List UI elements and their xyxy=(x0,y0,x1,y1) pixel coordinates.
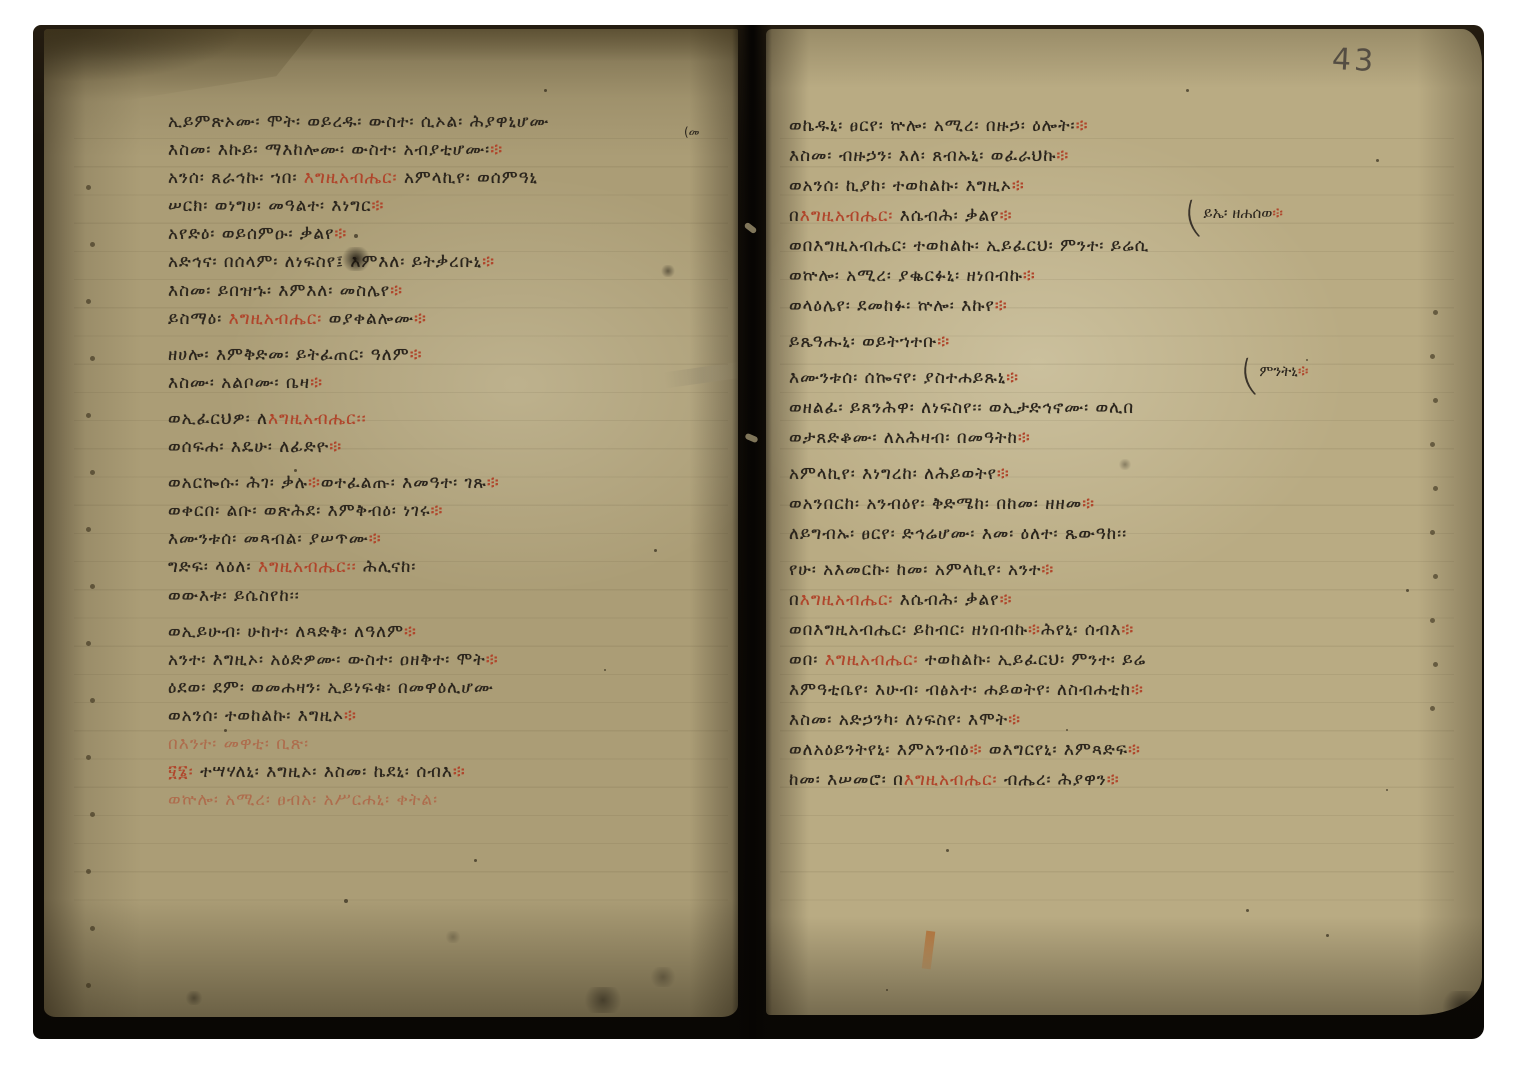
black-ink-text: በ xyxy=(789,590,800,610)
pricking-hole xyxy=(90,242,95,247)
binding-stitch xyxy=(744,433,758,444)
red-ink-text: እግዚአብሔር፡ xyxy=(800,206,894,226)
ink-speck xyxy=(946,849,949,852)
folio-number: 43 xyxy=(1331,42,1377,79)
black-ink-text: አንተ፡ እግዚኦ፡ አዕድዎሙ፡ ውስተ፡ ዐዘቅተ፡ ሞት xyxy=(168,650,486,670)
red-ink-text: ፨ xyxy=(937,332,950,352)
red-ink-text: ፨ xyxy=(431,501,444,521)
manuscript-line: አንተ፡ እግዚኦ፡ አዕድዎሙ፡ ውስተ፡ ዐዘቅተ፡ ሞት፨ xyxy=(168,650,549,678)
red-ink-text: ፨ xyxy=(1076,116,1089,136)
red-ink-text: ፨ xyxy=(1272,204,1283,222)
manuscript-line: ዘሀሎ፡ እምቅድመ፡ ይትፈጠር፡ ዓለም፨ xyxy=(168,345,549,373)
binding-stitch xyxy=(744,222,758,235)
black-ink-text: ምንትኒ xyxy=(1259,362,1297,380)
black-ink-text: ግድፍ፡ ላዕለ፡ xyxy=(168,557,258,577)
ink-speck xyxy=(1376,159,1379,162)
stain xyxy=(648,967,678,987)
stain xyxy=(444,931,462,943)
ink-speck xyxy=(604,669,606,671)
manuscript-line: እሙንቱሰ፡ ሰኰናየ፡ ያስተሐይጹኒ፨ xyxy=(789,368,1149,398)
red-ink-text: ፨ xyxy=(1056,146,1069,166)
ink-speck xyxy=(354,234,358,238)
ink-speck xyxy=(1246,909,1249,912)
black-ink-text: ወአንበርከ፡ አንብዕየ፡ ቅድሜከ፡ በከመ፡ ዘዘመ xyxy=(789,494,1082,514)
black-ink-text: ወኬዱኒ፡ ፀርየ፡ ኵሎ፡ አሚረ፡ በዙኃ፡ ዕሎት፡ xyxy=(789,116,1076,136)
red-ink-text: ፨ xyxy=(995,296,1008,316)
red-ink-text: ፨ xyxy=(344,706,357,726)
black-ink-text: አንሰ፡ ጸራኅኩ፡ ኀበ፡ xyxy=(168,168,304,188)
pricking-hole xyxy=(1430,442,1435,447)
black-ink-text: ተሣሃለኒ፡ እግዚኦ፡ እስመ፡ ኬደኒ፡ ሰብእ xyxy=(200,762,453,782)
red-ink-text: ፨ xyxy=(390,281,403,301)
manuscript-line: በእግዚአብሔር፡ እሴብሕ፡ ቃልየ፨ xyxy=(789,206,1149,236)
stain xyxy=(580,987,626,1013)
pricking-hole xyxy=(1433,662,1438,667)
black-ink-text: ወበእግዚአብሔር፡ ተወከልኩ፡ ኢይፈርህ፡ ምንተ፡ ይሬሲ xyxy=(789,236,1149,256)
red-ink-text: ፨ xyxy=(372,196,385,216)
black-ink-text: በ xyxy=(789,206,800,226)
red-ink-text: ፨ xyxy=(414,309,427,329)
ink-speck xyxy=(1406,589,1409,592)
manuscript-line: ወአንሰ፡ ኪያከ፡ ተወከልኩ፡ እግዚኦ፨ xyxy=(789,176,1149,206)
manuscript-line: ለይግብኡ፡ ፀርየ፡ ድኅሬሆሙ፡ እመ፡ ዕለተ፡ ጼውዓከ፡፡ xyxy=(789,524,1149,554)
manuscript-line: ወአርኰሱ፡ ሕገ፡ ቃሉ፨ወተፈልጡ፡ እመዓተ፡ ገጹ፨ xyxy=(168,473,549,501)
manuscript-line: ወአንበርከ፡ አንብዕየ፡ ቅድሜከ፡ በከመ፡ ዘዘመ፨ xyxy=(789,494,1149,524)
black-ink-text: ተወከልኩ፡ ኢይፈርህ፡ ምንተ፡ ይሬ xyxy=(918,650,1146,670)
manuscript-line: ወበእግዚአብሔር፡ ይከብር፡ ዘነበብኩ፨ሕየኒ፡ ሰብእ፨ xyxy=(789,620,1149,650)
red-ink-text: ፨ xyxy=(487,473,500,493)
pricking-hole xyxy=(90,470,95,475)
pricking-hole xyxy=(1430,618,1435,623)
ink-speck xyxy=(544,89,547,92)
red-ink-text: ፨ xyxy=(334,224,347,244)
manuscript-line: ወውእቱ፡ ይሴስየከ፡፡ xyxy=(168,586,549,614)
black-ink-text: ለይግብኡ፡ ፀርየ፡ ድኅሬሆሙ፡ እመ፡ ዕለተ፡ ጼውዓከ፡፡ xyxy=(789,524,1127,544)
manuscript-line: እስመ፡ አድኃንካ፡ ለነፍስየ፡ እሞት፨ xyxy=(789,710,1149,740)
manuscript-line: ሠርክ፡ ወነግሀ፡ መዓልተ፡ እነግር፨ xyxy=(168,196,549,224)
red-ink-text: ፨ xyxy=(329,437,342,457)
manuscript-line: ይስማዕ፡ እግዚአብሔር፡ ወያቀልሎሙ፨ xyxy=(168,309,549,337)
manuscript-line: ፶፮፡ ተሣሃለኒ፡ እግዚኦ፡ እስመ፡ ኬደኒ፡ ሰብእ፨ xyxy=(168,762,549,790)
black-ink-text: ወላዕሌየ፡ ደመከፉ፡ ኵሎ፡ እኩየ xyxy=(789,296,995,316)
faded-red-ink-text: በእንተ፡ መዋቲ፡ ቢጽ፡ xyxy=(168,734,309,754)
manuscript-line: እሙንቱሰ፡ መጻብል፡ ያሠጥሙ፨ xyxy=(168,529,549,557)
black-ink-text: ወያቀልሎሙ xyxy=(322,309,414,329)
pricking-hole xyxy=(86,413,91,418)
red-ink-text: ፨ xyxy=(486,650,499,670)
pricking-hole xyxy=(90,812,95,817)
black-ink-text: እሙንቱሰ፡ ሰኰናየ፡ ያስተሐይጹኒ xyxy=(789,368,1006,388)
black-ink-text: ወታጸድቆሙ፡ ለአሕዛብ፡ በመዓትከ xyxy=(789,428,1018,448)
black-ink-text: ይጼዓሑኒ፡ ወይትኀተቡ xyxy=(789,332,937,352)
red-ink-text: እግዚአብሔር፡ xyxy=(825,650,919,670)
manuscript-line: ወላዕሌየ፡ ደመከፉ፡ ኵሎ፡ እኩየ፨ xyxy=(789,296,1149,326)
pricking-hole xyxy=(86,641,91,646)
red-ink-text: ፨ xyxy=(410,345,423,365)
red-ink-text: ፨ xyxy=(1028,620,1041,640)
manuscript-line: እምዓቲቤየ፡ እሁብ፡ ብፅአተ፡ ሐይወትየ፡ ለስብሐቲከ፨ xyxy=(789,680,1149,710)
red-ink-text: ፨ xyxy=(310,373,323,393)
pricking-hole xyxy=(1433,310,1438,315)
manuscript-line: አድኅና፡ በሰላም፡ ለነፍስየ፤ እምእለ፡ ይትቃረቡኒ፨ xyxy=(168,252,549,280)
pricking-hole xyxy=(90,584,95,589)
pricking-hole xyxy=(1430,354,1435,359)
black-ink-text: ወበእግዚአብሔር፡ ይከብር፡ ዘነበብኩ xyxy=(789,620,1028,640)
manuscript-line: ወሰፍሐ፡ እዴሁ፡ ለፊድዮ፨ xyxy=(168,437,549,465)
stain xyxy=(660,265,676,277)
red-ink-text: ፨ xyxy=(1012,176,1025,196)
pricking-hole xyxy=(1433,574,1438,579)
pricking-hole xyxy=(1430,706,1435,711)
manuscript-scan: ኢይምጽኦሙ፡ ሞት፡ ወይረዱ፡ ውስተ፡ ሲኦል፡ ሕያዋኒሆሙእስመ፡ እ… xyxy=(0,0,1515,1071)
black-ink-text: እስመ፡ ይበዝኁ፡ እምእለ፡ መስሌየ xyxy=(168,281,390,301)
black-ink-text: እሴብሕ፡ ቃልየ xyxy=(893,206,999,226)
ink-speck xyxy=(1326,934,1329,937)
red-ink-text: ፨ xyxy=(490,140,503,160)
ink-speck xyxy=(294,469,297,472)
page-top-edge-shadow xyxy=(44,29,738,63)
black-ink-text: እስመ፡ ብዙኃን፡ እለ፡ ጸብኡኒ፡ ወፈራህኩ xyxy=(789,146,1056,166)
black-ink-text: ወሰፍሐ፡ እዴሁ፡ ለፊድዮ xyxy=(168,437,329,457)
red-ink-text: ፨ xyxy=(1000,206,1013,226)
manuscript-line: እስመ፡ ይበዝኁ፡ እምእለ፡ መስሌየ፨ xyxy=(168,281,549,309)
black-ink-text: ሠርክ፡ ወነግሀ፡ መዓልተ፡ እነግር xyxy=(168,196,372,216)
red-ink-text: ፨ xyxy=(1000,590,1013,610)
black-ink-text: ይኤ፡ ዘሐሰወ xyxy=(1203,204,1272,222)
margin-bracket: ( xyxy=(1181,200,1204,236)
pricking-hole xyxy=(86,983,91,988)
manuscript-line: ኢይምጽኦሙ፡ ሞት፡ ወይረዱ፡ ውስተ፡ ሲኦል፡ ሕያዋኒሆሙ xyxy=(168,112,549,140)
manuscript-line: የሁ፡ አእመርኩ፡ ከመ፡ አምላኪየ፡ አንተ፨ xyxy=(789,560,1149,590)
black-ink-text: ዕደወ፡ ደም፡ ወመሐዛን፡ ኢይነፍቁ፡ በመዋዕሊሆሙ xyxy=(168,678,494,698)
red-ink-text: ፨ xyxy=(970,740,983,760)
manuscript-line: ወለአዕይንትየኒ፡ እምአንብዕ፨ ወእግርየኒ፡ እምጻድፍ፨ xyxy=(789,740,1149,770)
black-ink-text: ብሔረ፡ ሕያዋን xyxy=(998,770,1107,790)
black-ink-text: ሕሊናከ፡ xyxy=(357,557,417,577)
manuscript-line: ወበእግዚአብሔር፡ ተወከልኩ፡ ኢይፈርህ፡ ምንተ፡ ይሬሲ xyxy=(789,236,1149,266)
manuscript-line: ወኵሎ፡ አሚረ፡ ያቈርፉኒ፡ ዘነበብኩ፨ xyxy=(789,266,1149,296)
manuscript-line: በእንተ፡ መዋቲ፡ ቢጽ፡ xyxy=(168,734,549,762)
red-ink-text: ፨ xyxy=(1121,620,1134,640)
ink-speck xyxy=(1186,89,1189,92)
red-ink-text: ፶፮፡ xyxy=(168,762,200,782)
stain xyxy=(663,362,738,389)
manuscript-line: አየድዕ፡ ወይሰምዑ፡ ቃልየ፨ xyxy=(168,224,549,252)
manuscript-line: እስሙ፡ አልቦሙ፡ ቤዛ፨ xyxy=(168,373,549,401)
manuscript-line: ግድፍ፡ ላዕለ፡ እግዚአብሔር፡፡ ሕሊናከ፡ xyxy=(168,557,549,585)
black-ink-text: (መ xyxy=(684,125,700,139)
black-ink-text: ዘሀሎ፡ እምቅድመ፡ ይትፈጠር፡ ዓለም xyxy=(168,345,410,365)
black-ink-text: ወለአዕይንትየኒ፡ እምአንብዕ xyxy=(789,740,970,760)
red-ink-text: ፨ xyxy=(1023,266,1036,286)
black-ink-text: እምዓቲቤየ፡ እሁብ፡ ብፅአተ፡ ሐይወትየ፡ ለስብሐቲከ xyxy=(789,680,1131,700)
black-ink-text: አየድዕ፡ ወይሰምዑ፡ ቃልየ xyxy=(168,224,334,244)
red-ink-text: ፨ xyxy=(308,473,321,493)
black-ink-text: አምላኪየ፡ እነግረከ፡ ለሕይወትየ xyxy=(789,464,997,484)
stain xyxy=(184,991,204,1005)
ink-speck xyxy=(1386,789,1388,791)
black-ink-text: እሙንቱሰ፡ መጻብል፡ ያሠጥሙ xyxy=(168,529,369,549)
manuscript-line: ወታጸድቆሙ፡ ለአሕዛብ፡ በመዓትከ፨ xyxy=(789,428,1149,458)
manuscript-line: አምላኪየ፡ እነግረከ፡ ለሕይወትየ፨ xyxy=(789,464,1149,494)
manuscript-line: ወኢፈርህዎ፡ ለእግዚአብሔር፡፡ xyxy=(168,409,549,437)
binding-gutter xyxy=(732,25,772,1039)
red-ink-text: እግዚአብሔር፡ xyxy=(800,590,894,610)
red-ink-text: እግዚአብሔር፡ xyxy=(904,770,998,790)
ink-speck xyxy=(1066,729,1068,731)
red-ink-text: ፨ xyxy=(1107,770,1120,790)
faded-red-ink-text: ወኵሎ፡ አሚረ፡ ፀብአ፡ አሥርሐኒ፡ ቀትል፡ xyxy=(168,790,438,810)
red-ink-text: ፨ xyxy=(1128,740,1141,760)
red-ink-text: ፨ xyxy=(1008,710,1021,730)
ink-speck xyxy=(886,989,888,991)
manuscript-line: ወዘልፈ፡ ይጸንሕዋ፡ ለነፍስየ፡፡ ወኢታድኅኖሙ፡ ወሊበ xyxy=(789,398,1149,428)
black-ink-text: ኢይምጽኦሙ፡ ሞት፡ ወይረዱ፡ ውስተ፡ ሲኦል፡ ሕያዋኒሆሙ xyxy=(168,112,549,132)
manuscript-line: ወኬዱኒ፡ ፀርየ፡ ኵሎ፡ አሚረ፡ በዙኃ፡ ዕሎት፡፨ xyxy=(789,116,1149,146)
manuscript-line: ወቀርበ፡ ልቡ፡ ወጽሕደ፡ እምቅብዕ፡ ነገሩ፨ xyxy=(168,501,549,529)
black-ink-text: እስመ፡ አድኃንካ፡ ለነፍስየ፡ እሞት xyxy=(789,710,1008,730)
black-ink-text: ወቀርበ፡ ልቡ፡ ወጽሕደ፡ እምቅብዕ፡ ነገሩ xyxy=(168,501,431,521)
pricking-hole xyxy=(1433,398,1438,403)
black-ink-text: ወአርኰሱ፡ ሕገ፡ ቃሉ xyxy=(168,473,308,493)
red-ink-text: ፨ xyxy=(1131,680,1144,700)
black-ink-text: ወኵሎ፡ አሚረ፡ ያቈርፉኒ፡ ዘነበብኩ xyxy=(789,266,1023,286)
black-ink-text: ወተፈልጡ፡ እመዓተ፡ ገጹ xyxy=(321,473,487,493)
red-ink-text: እግዚአብሔር፡ xyxy=(229,309,323,329)
manuscript-line: ይጼዓሑኒ፡ ወይትኀተቡ፨ xyxy=(789,332,1149,362)
manuscript-line: ከመ፡ እሠመሮ፡ በእግዚአብሔር፡ ብሔረ፡ ሕያዋን፨ xyxy=(789,770,1149,800)
manuscript-line: እስመ፡ እኩይ፡ ማእከሎሙ፡ ውስተ፡ አብያቲሆሙ፡፨ xyxy=(168,140,549,168)
black-ink-text: ወዘልፈ፡ ይጸንሕዋ፡ ለነፍስየ፡፡ ወኢታድኅኖሙ፡ ወሊበ xyxy=(789,398,1134,418)
manuscript-line: ወኵሎ፡ አሚረ፡ ፀብአ፡ አሥርሐኒ፡ ቀትል፡ xyxy=(168,790,549,818)
pricking-hole xyxy=(86,755,91,760)
black-ink-text: እሴብሕ፡ ቃልየ xyxy=(893,590,999,610)
ink-speck xyxy=(1306,359,1308,361)
red-ink-text: እግዚአብሔር፡ xyxy=(304,168,398,188)
black-ink-text: ከመ፡ እሠመሮ፡ በ xyxy=(789,770,904,790)
black-ink-text: ወአንሰ፡ ተወከልኩ፡ እግዚኦ xyxy=(168,706,344,726)
red-ink-text: ፨ xyxy=(369,529,382,549)
black-ink-text: እስመ፡ እኩይ፡ ማእከሎሙ፡ ውስተ፡ አብያቲሆሙ፡ xyxy=(168,140,490,160)
black-ink-text: ወኢፈርህዎ፡ ለ xyxy=(168,409,268,429)
ink-speck xyxy=(654,549,657,552)
ink-speck xyxy=(344,899,348,903)
manuscript-line: እስመ፡ ብዙኃን፡ እለ፡ ጸብኡኒ፡ ወፈራህኩ፨ xyxy=(789,146,1149,176)
pricking-hole xyxy=(90,926,95,931)
pricking-hole xyxy=(86,299,91,304)
black-ink-text: ወውእቱ፡ ይሴስየከ፡፡ xyxy=(168,586,300,606)
black-ink-text: ይስማዕ፡ xyxy=(168,309,229,329)
margin-note-gloss-2: (ምንትኒ፨ xyxy=(1240,359,1308,393)
margin-bracket: ( xyxy=(1237,358,1260,394)
red-ink-text: ፨ xyxy=(1018,428,1031,448)
manuscript-line: አንሰ፡ ጸራኅኩ፡ ኀበ፡ እግዚአብሔር፡ አምላኪየ፡ ወሰምዓኒ xyxy=(168,168,549,196)
manuscript-line: በእግዚአብሔር፡ እሴብሕ፡ ቃልየ፨ xyxy=(789,590,1149,620)
left-text-block: ኢይምጽኦሙ፡ ሞት፡ ወይረዱ፡ ውስተ፡ ሲኦል፡ ሕያዋኒሆሙእስመ፡ እ… xyxy=(168,112,549,818)
black-ink-text: ወኢይሁብ፡ ሁከተ፡ ለጻድቅ፡ ለዓለም xyxy=(168,622,404,642)
left-page: ኢይምጽኦሙ፡ ሞት፡ ወይረዱ፡ ውስተ፡ ሲኦል፡ ሕያዋኒሆሙእስመ፡ እ… xyxy=(44,29,738,1017)
ink-speck xyxy=(474,859,477,862)
black-ink-text: ወአንሰ፡ ኪያከ፡ ተወከልኩ፡ እግዚኦ xyxy=(789,176,1012,196)
black-ink-text: የሁ፡ አእመርኩ፡ ከመ፡ አምላኪየ፡ አንተ xyxy=(789,560,1041,580)
margin-correction-note: (መ xyxy=(684,125,700,140)
black-ink-text: ሕየኒ፡ ሰብእ xyxy=(1041,620,1121,640)
red-ink-text: ፨ xyxy=(482,252,495,272)
right-text-block: ወኬዱኒ፡ ፀርየ፡ ኵሎ፡ አሚረ፡ በዙኃ፡ ዕሎት፡፨እስመ፡ ብዙኃን፡… xyxy=(789,116,1149,800)
pricking-hole xyxy=(90,356,95,361)
black-ink-text: አድኅና፡ በሰላም፡ ለነፍስየ፤ እምእለ፡ ይትቃረቡኒ xyxy=(168,252,482,272)
black-ink-text: ወበ፡ xyxy=(789,650,825,670)
pricking-hole xyxy=(86,869,91,874)
pricking-hole xyxy=(86,185,91,190)
pricking-hole xyxy=(1430,530,1435,535)
pricking-hole xyxy=(90,698,95,703)
red-ink-text: እግዚአብሔር፡፡ xyxy=(268,409,367,429)
pricking-hole xyxy=(1433,486,1438,491)
manuscript-line: ወበ፡ እግዚአብሔር፡ ተወከልኩ፡ ኢይፈርህ፡ ምንተ፡ ይሬ xyxy=(789,650,1149,680)
red-ink-text: ፨ xyxy=(1298,362,1309,380)
red-ink-text: ፨ xyxy=(453,762,466,782)
pricking-hole xyxy=(86,527,91,532)
red-ink-text: ፨ xyxy=(1082,494,1095,514)
black-ink-text: እስሙ፡ አልቦሙ፡ ቤዛ xyxy=(168,373,310,393)
black-ink-text: አምላኪየ፡ ወሰምዓኒ xyxy=(398,168,538,188)
red-ink-text: ፨ xyxy=(997,464,1010,484)
stain xyxy=(922,931,936,970)
red-ink-text: ፨ xyxy=(1041,560,1054,580)
margin-note-gloss-1: (ይኤ፡ ዘሐሰወ፨ xyxy=(1184,201,1283,235)
red-ink-text: እግዚአብሔር፡፡ xyxy=(258,557,357,577)
right-page: ወኬዱኒ፡ ፀርየ፡ ኵሎ፡ አሚረ፡ በዙኃ፡ ዕሎት፡፨እስመ፡ ብዙኃን፡… xyxy=(766,29,1482,1015)
red-ink-text: ፨ xyxy=(404,622,417,642)
manuscript-line: ወኢይሁብ፡ ሁከተ፡ ለጻድቅ፡ ለዓለም፨ xyxy=(168,622,549,650)
red-ink-text: ፨ xyxy=(1006,368,1019,388)
ink-speck xyxy=(224,729,227,732)
manuscript-line: ዕደወ፡ ደም፡ ወመሐዛን፡ ኢይነፍቁ፡ በመዋዕሊሆሙ xyxy=(168,678,549,706)
black-ink-text: ወእግርየኒ፡ እምጻድፍ xyxy=(983,740,1129,760)
